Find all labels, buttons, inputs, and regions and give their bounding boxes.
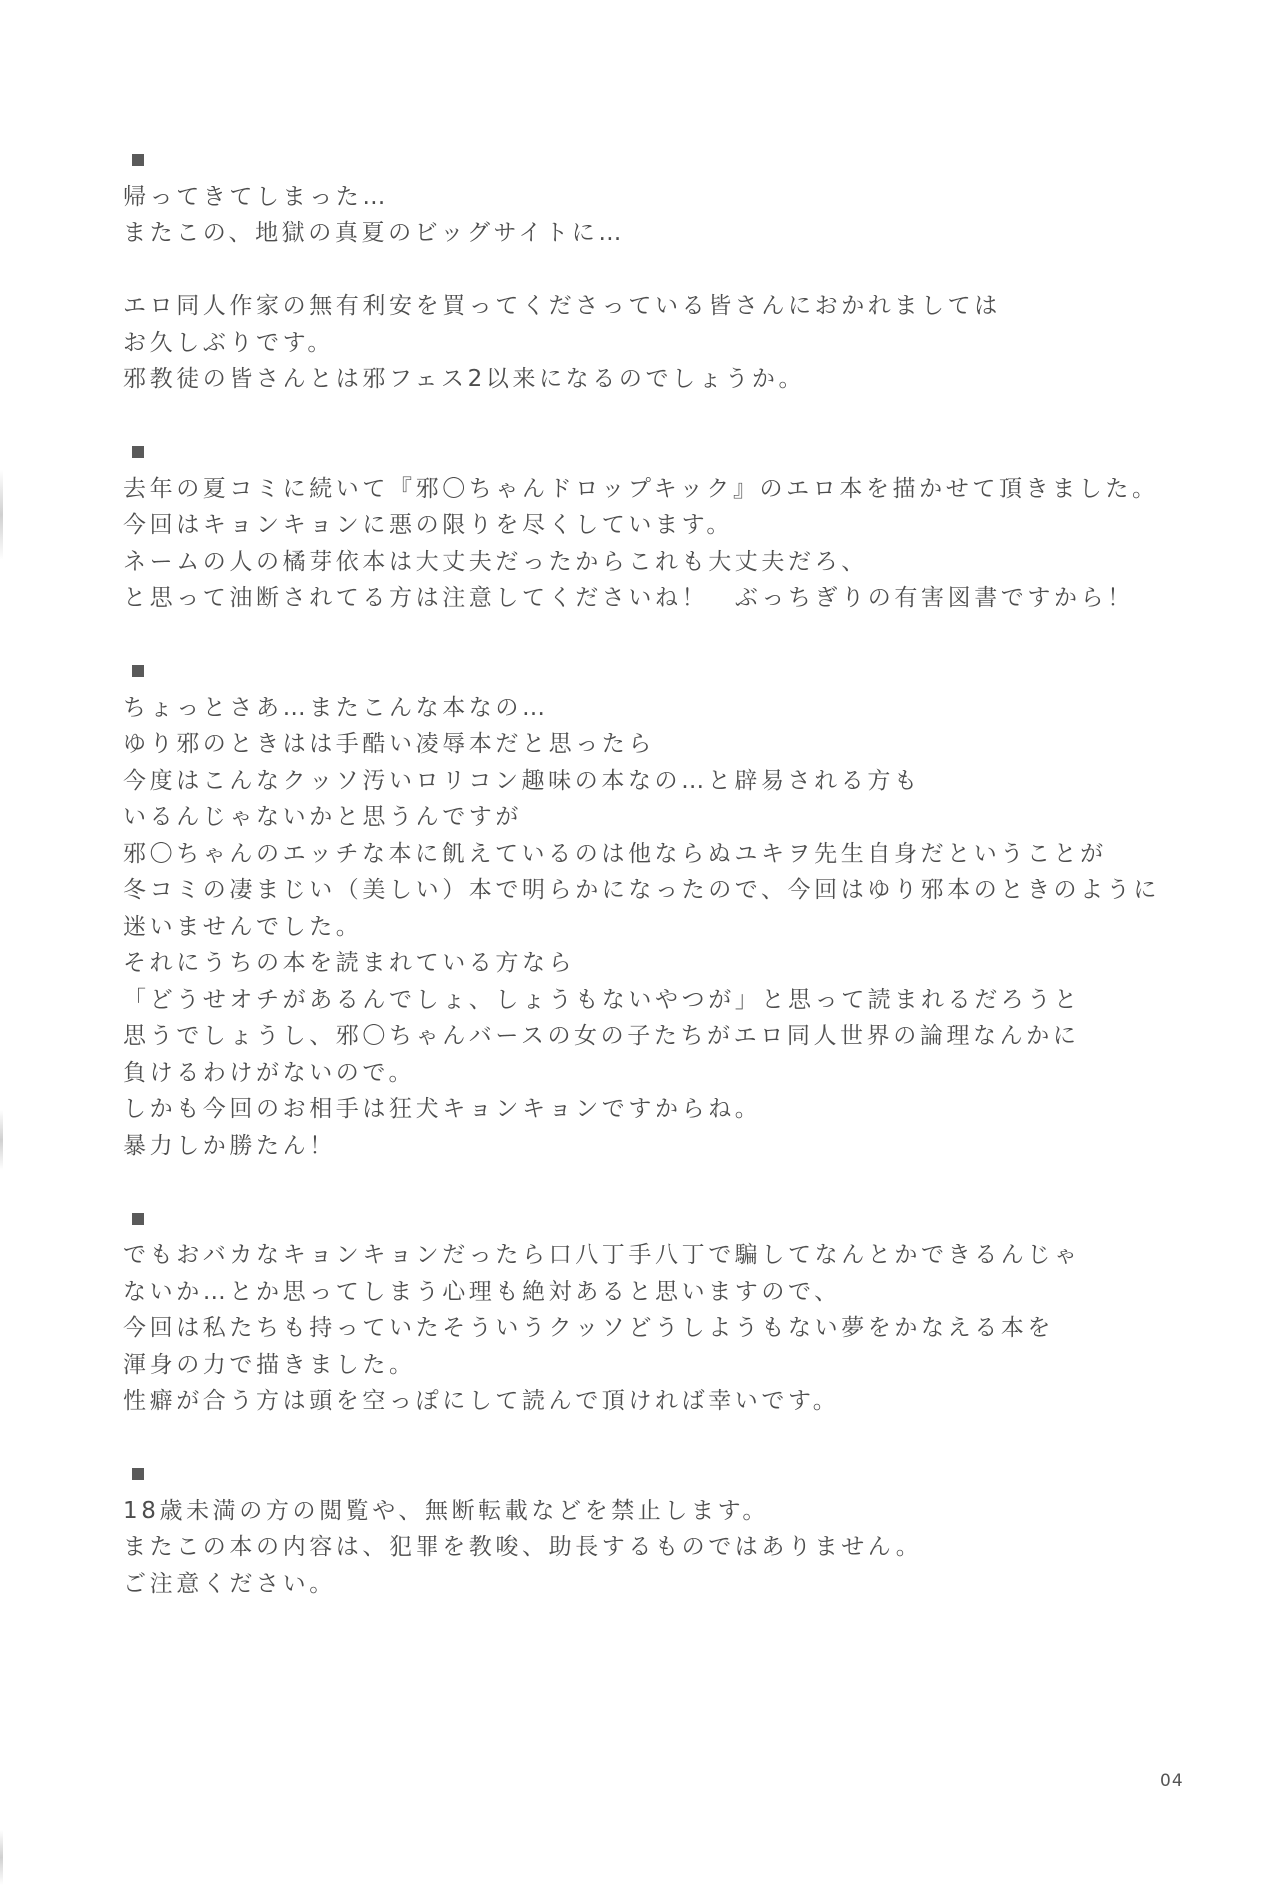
text-line: またこの、地獄の真夏のビッグサイトに… — [123, 215, 1223, 252]
text-line: ちょっとさあ…またこんな本なの… — [123, 690, 1223, 727]
text-line: 帰ってきてしまった… — [123, 179, 1223, 216]
text-line: またこの本の内容は、犯罪を教唆、助長するものではありません。 — [123, 1529, 1223, 1566]
text-line: ネームの人の橘芽依本は大丈夫だったからこれも大丈夫だろ、 — [123, 544, 1223, 581]
text-line: 去年の夏コミに続いて『邪〇ちゃんドロップキック』のエロ本を描かせて頂きました。 — [123, 471, 1223, 508]
section-1-marker — [123, 142, 1223, 179]
text-line: 渾身の力で描きました。 — [123, 1347, 1223, 1384]
text-line: いるんじゃないかと思うんですが — [123, 799, 1223, 836]
document-page: 帰ってきてしまった… またこの、地獄の真夏のビッグサイトに… エロ同人作家の無有… — [0, 0, 1280, 1885]
page-number: 04 — [1160, 1770, 1184, 1792]
text-line: 冬コミの凄まじい（美しい）本で明らかになったので、今回はゆり邪本のときのように — [123, 872, 1223, 909]
text-line: 暴力しか勝たん！ — [123, 1128, 1223, 1165]
text-line: 迷いませんでした。 — [123, 909, 1223, 946]
text-line: 18歳未満の方の閲覧や、無断転載などを禁止します。 — [123, 1493, 1223, 1530]
scan-edge-artifact — [0, 470, 3, 560]
text-line: 思うでしょうし、邪〇ちゃんバースの女の子たちがエロ同人世界の論理なんかに — [123, 1018, 1223, 1055]
section-gap — [123, 1420, 1223, 1457]
scan-edge-artifact — [0, 1830, 3, 1885]
scan-edge-artifact — [0, 1110, 3, 1170]
text-line: 邪〇ちゃんのエッチな本に飢えているのは他ならぬユキヲ先生自身だということが — [123, 836, 1223, 873]
text-line: 性癖が合う方は頭を空っぽにして読んで頂ければ幸いです。 — [123, 1383, 1223, 1420]
text-line: 邪教徒の皆さんとは邪フェス2以来になるのでしょうか。 — [123, 361, 1223, 398]
text-line: 今回はキョンキョンに悪の限りを尽くしています。 — [123, 507, 1223, 544]
text-line: と思って油断されてる方は注意してくださいね！ ぶっちぎりの有害図書ですから！ — [123, 580, 1223, 617]
text-line: エロ同人作家の無有利安を買ってくださっている皆さんにおかれましては — [123, 288, 1223, 325]
paragraph-gap — [123, 252, 1223, 289]
square-bullet-icon — [132, 1213, 144, 1225]
text-line: それにうちの本を読まれている方なら — [123, 945, 1223, 982]
section-gap — [123, 1164, 1223, 1201]
text-line: でもおバカなキョンキョンだったら口八丁手八丁で騙してなんとかできるんじゃ — [123, 1237, 1223, 1274]
afterword-text: 帰ってきてしまった… またこの、地獄の真夏のビッグサイトに… エロ同人作家の無有… — [123, 142, 1223, 1602]
text-line: ないか…とか思ってしまう心理も絶対あると思いますので、 — [123, 1274, 1223, 1311]
text-line: しかも今回のお相手は狂犬キョンキョンですからね。 — [123, 1091, 1223, 1128]
section-2-marker — [123, 434, 1223, 471]
text-line: 負けるわけがないので。 — [123, 1055, 1223, 1092]
section-3-marker — [123, 653, 1223, 690]
text-line: 「どうせオチがあるんでしょ、しょうもないやつが」と思って読まれるだろうと — [123, 982, 1223, 1019]
text-line: ゆり邪のときはは手酷い凌辱本だと思ったら — [123, 726, 1223, 763]
square-bullet-icon — [132, 154, 144, 166]
text-line: ご注意ください。 — [123, 1566, 1223, 1603]
section-4-marker — [123, 1201, 1223, 1238]
square-bullet-icon — [132, 446, 144, 458]
section-5-marker — [123, 1456, 1223, 1493]
text-line: お久しぶりです。 — [123, 325, 1223, 362]
section-gap — [123, 617, 1223, 654]
square-bullet-icon — [132, 1468, 144, 1480]
square-bullet-icon — [132, 665, 144, 677]
text-line: 今回は私たちも持っていたそういうクッソどうしようもない夢をかなえる本を — [123, 1310, 1223, 1347]
text-line: 今度はこんなクッソ汚いロリコン趣味の本なの…と辟易される方も — [123, 763, 1223, 800]
section-gap — [123, 398, 1223, 435]
